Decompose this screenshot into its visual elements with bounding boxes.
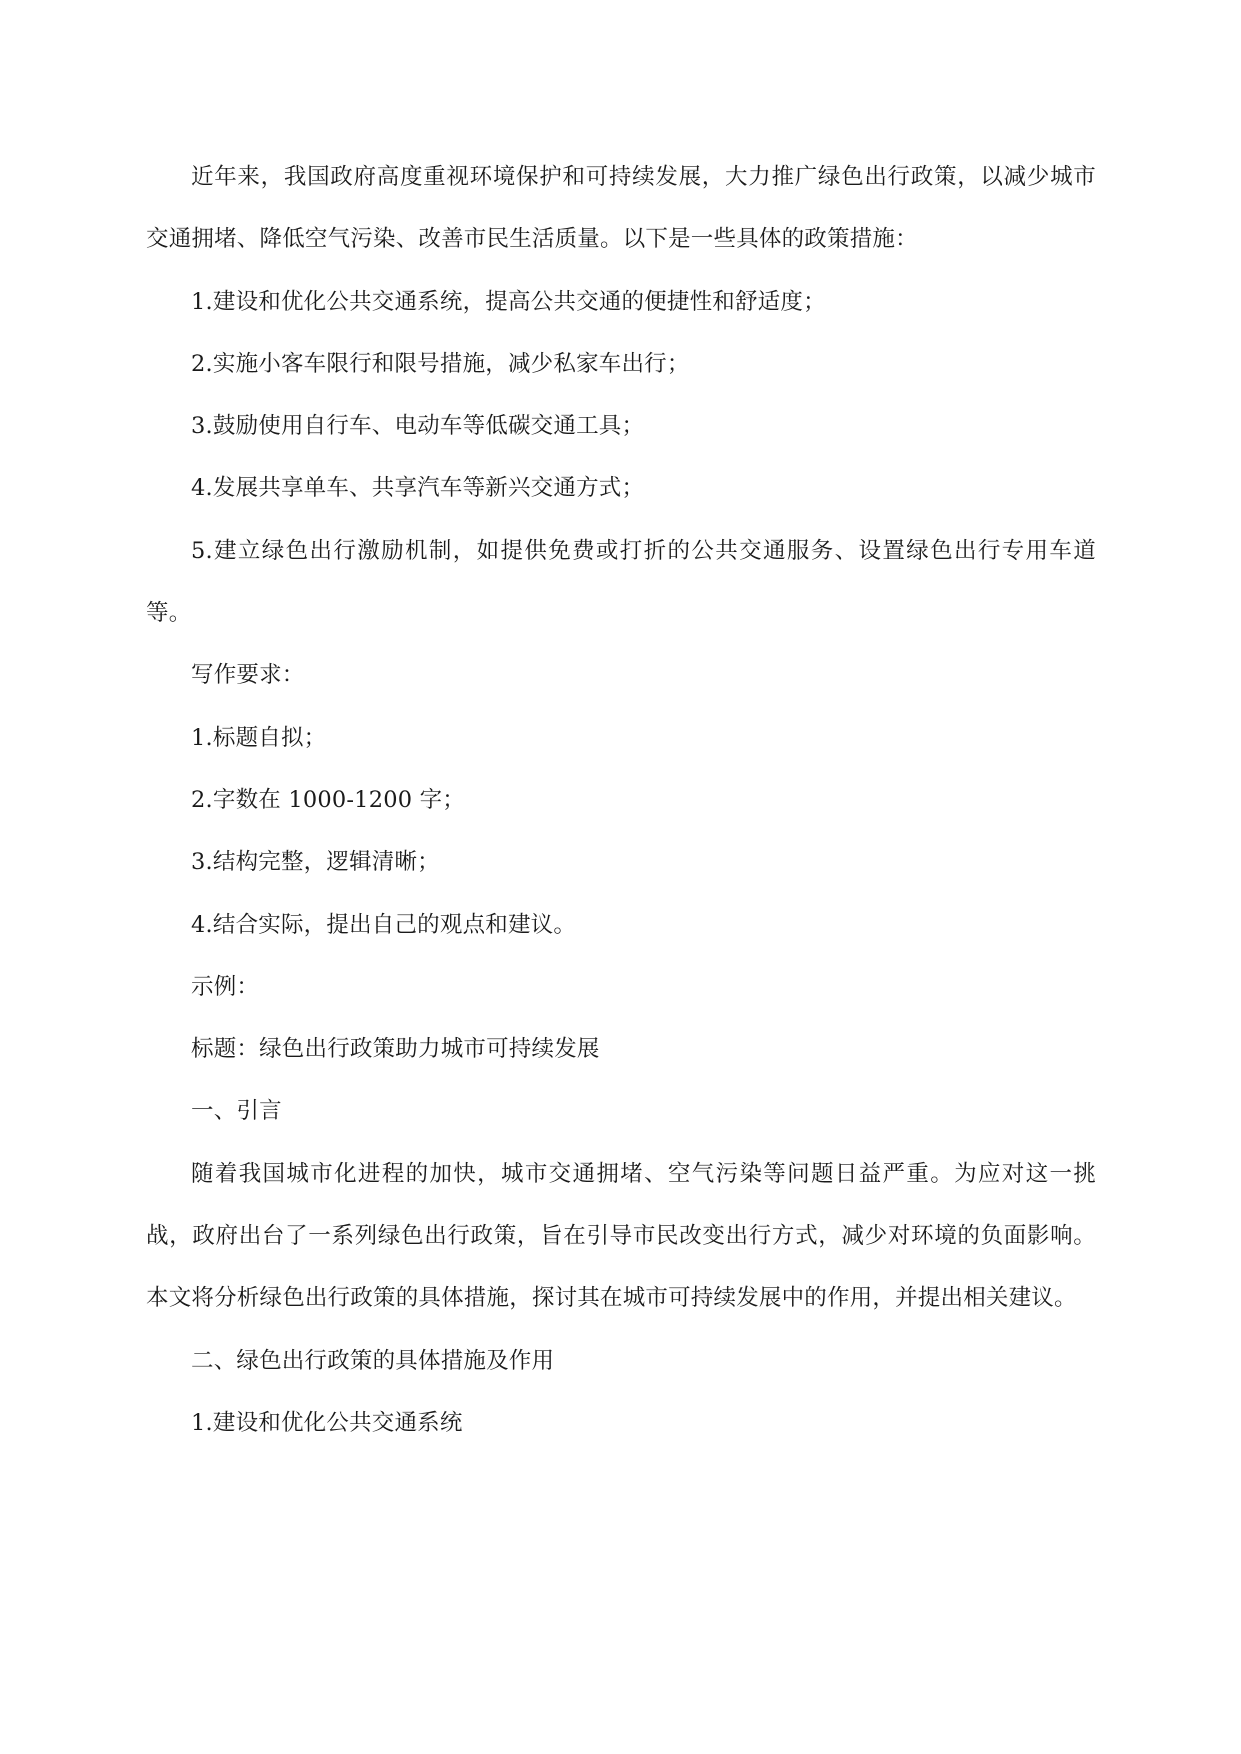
policy-item-5: 5.建立绿色出行激励机制，如提供免费或打折的公共交通服务、设置绿色出行专用车道等… [146,520,1096,645]
example-heading: 示例： [146,956,1096,1018]
section-2-subheading-1: 1.建设和优化公共交通系统 [146,1392,1096,1454]
section-2-heading: 二、绿色出行政策的具体措施及作用 [146,1330,1096,1392]
policy-item-3: 3.鼓励使用自行车、电动车等低碳交通工具； [146,395,1096,457]
section-1-body: 随着我国城市化进程的加快，城市交通拥堵、空气污染等问题日益严重。为应对这一挑战，… [146,1143,1096,1330]
policy-item-4: 4.发展共享单车、共享汽车等新兴交通方式； [146,457,1096,519]
requirement-item-3: 3.结构完整，逻辑清晰； [146,831,1096,893]
requirement-item-2: 2.字数在 1000-1200 字； [146,769,1096,831]
section-1-heading: 一、引言 [146,1080,1096,1142]
requirement-item-4: 4.结合实际，提出自己的观点和建议。 [146,894,1096,956]
example-title: 标题：绿色出行政策助力城市可持续发展 [146,1018,1096,1080]
requirements-heading: 写作要求： [146,644,1096,706]
document-page: 近年来，我国政府高度重视环境保护和可持续发展，大力推广绿色出行政策，以减少城市交… [146,146,1096,1454]
policy-item-1: 1.建设和优化公共交通系统，提高公共交通的便捷性和舒适度； [146,271,1096,333]
requirement-item-1: 1.标题自拟； [146,707,1096,769]
intro-paragraph: 近年来，我国政府高度重视环境保护和可持续发展，大力推广绿色出行政策，以减少城市交… [146,146,1096,271]
policy-item-2: 2.实施小客车限行和限号措施，减少私家车出行； [146,333,1096,395]
